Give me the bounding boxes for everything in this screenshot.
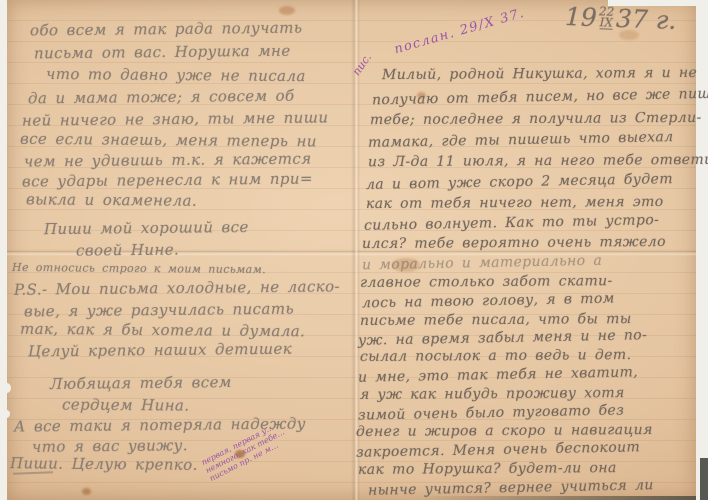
scan-edge-artifact [608,0,708,6]
handwriting-line: Пиши мой хороший все [44,218,249,238]
handwriting-line: все если знаешь, меня теперь ни [20,130,317,151]
right-page: 19 22 IX 37 г. послан. 29/X 37. пис. Мил… [356,0,696,500]
handwriting-line: письме тебе писала, что бы ты [360,311,632,329]
date-year: 37 г. [615,4,676,35]
handwriting-line: уж. на время забыл меня и не по- [358,327,647,349]
handwriting-line: и мне, это так тебя не хватит, [358,364,638,385]
handwriting-line: сильно волнует. Как то ты устро- [364,212,659,234]
handwriting-line: закроется. Меня очень беспокоит [356,439,640,460]
violet-corner-note: первая, первая у… немного, как тебе… пис… [200,400,328,483]
left-page: обо всем я так рада получать письма от в… [7,0,352,500]
handwriting-line: да и мама тоже; я совсем об [28,87,295,108]
handwriting-line: так, как я бы хотела и думала. [20,320,305,340]
handwriting-line: зимой очень было туговато без [358,402,624,423]
handwriting-line: все удары перенесла к ним при= [22,169,313,190]
handwriting-line: как то Норушка? будет-ли она [358,460,617,478]
handwriting-line: Милый, родной Никушка, хотя я и не [382,65,697,83]
handwriting-line: тебе; последнее я получила из Стерли- [370,110,702,128]
handwriting-line: Любящая тебя всем [50,373,232,393]
handwriting-line: что я вас увижу. [32,436,188,456]
handwriting-line: что то давно уже не писала [46,65,306,85]
handwriting-line: сердцем Нина. [62,395,190,414]
handwriting-line: вые, я уже разучилась писать [24,300,294,321]
handwriting-line: главное столько забот скати- [360,273,613,291]
handwriting-line: ился? тебе вероятно очень тяжело [362,234,666,252]
handwriting-line: сылал посылок а то ведь и дет. [360,347,631,365]
letter-scan: обо всем я так рада получать письма от в… [0,0,708,500]
handwriting-line: Не относись строго к моим письмам. [12,261,266,276]
handwriting-line: ла и вот уже скоро 2 месяца будет [366,171,673,193]
letter-date: 19 22 IX 37 г. [564,2,676,35]
handwriting-line: тамака, где ты пишешь что выехал [368,129,674,151]
handwriting-line: своей Нине. [76,240,179,259]
handwriting-line: выкла и окаменела. [26,190,197,209]
scan-edge-shadow [700,458,708,500]
scan-edge-shadow [420,496,696,500]
handwriting-line: и морально и материально а [362,253,602,274]
handwriting-line: чем не удивишь т.к. я кажется [24,149,312,170]
handwriting-line: получаю от тебя писем, но все же пишу [372,86,708,109]
date-century: 19 [564,2,597,32]
handwriting-line: я уж как нибудь проживу хотя [360,385,625,403]
letter-paper: обо всем я так рада получать письма от в… [7,0,696,500]
handwriting-line: как от тебя ничего нет, меня это [366,194,664,212]
pencil-underline-mark [13,471,53,474]
handwriting-line: из Л-да 11 июля, я на него тебе ответи- [368,152,708,170]
handwriting-line: денег и жиров а скоро и навигация [356,422,653,440]
handwriting-line: обо всем я так рада получать [30,19,303,40]
date-month: IX [599,17,613,29]
handwriting-line: P.S.- Мои письма холодные, не ласко- [14,277,340,298]
handwriting-line: письма от вас. Норушка мне [34,42,291,63]
handwriting-line: ней ничего не знаю, ты мне пиши [22,108,329,129]
violet-received-stamp: послан. 29/X 37. [393,6,527,58]
handwriting-line: лось на твою голову, я в том [362,291,615,312]
date-fraction: 22 IX [598,6,614,30]
handwriting-line: Целуй крепко наших детишек [28,340,292,361]
